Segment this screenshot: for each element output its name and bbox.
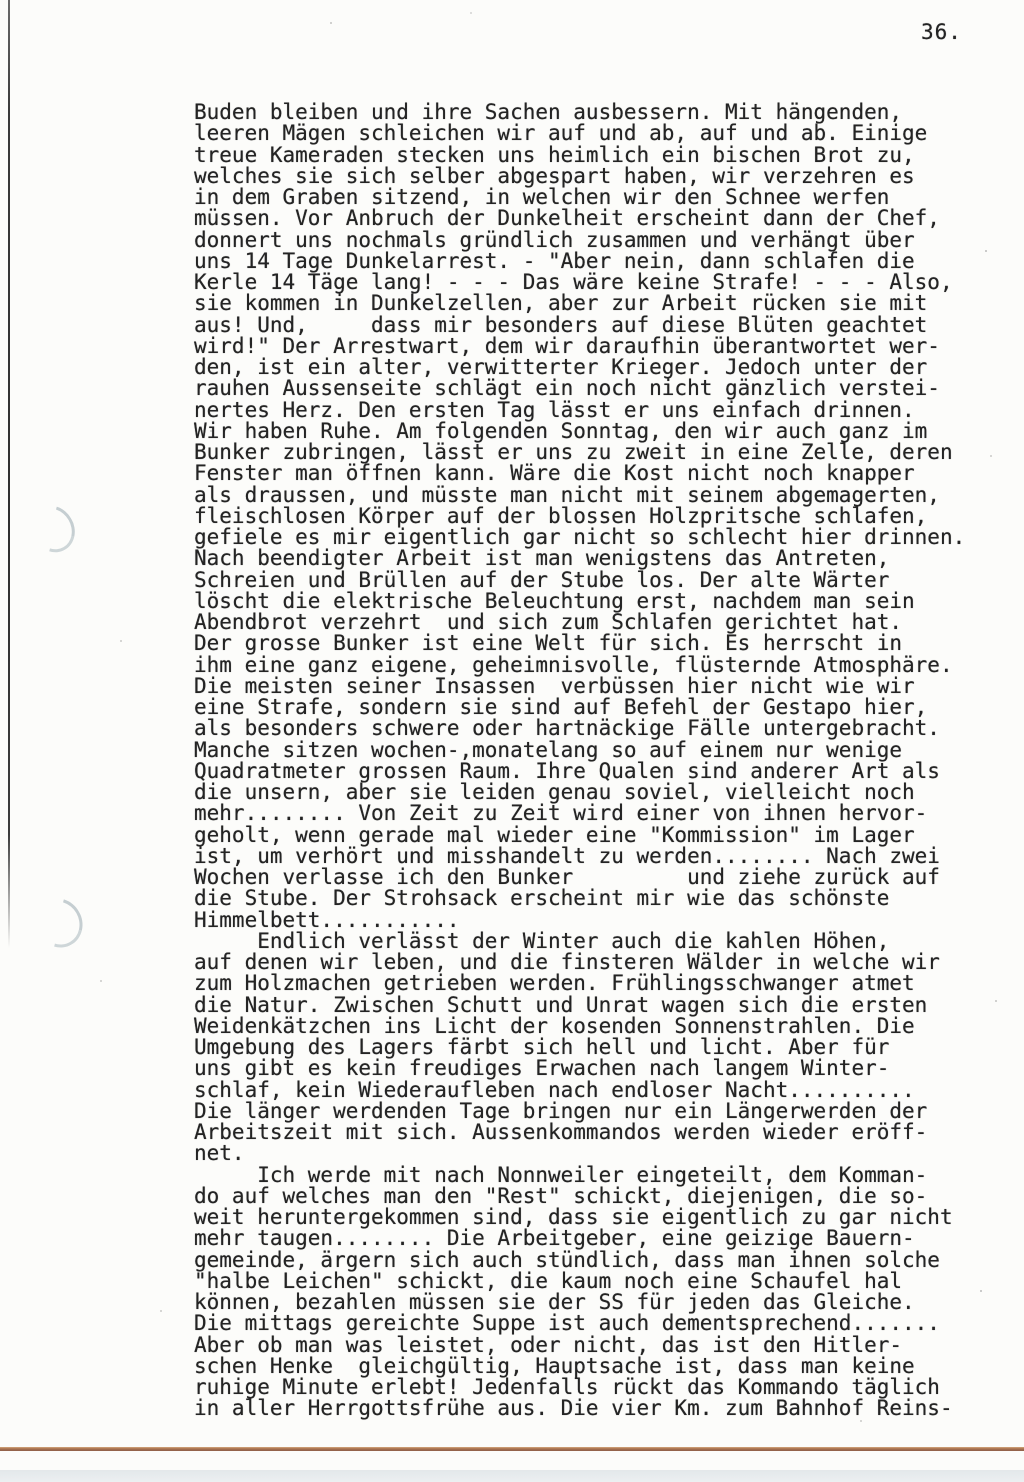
scan-speckles [0, 0, 2, 2]
text-line: "halbe Leichen" schickt, die kaum noch e… [194, 1271, 1004, 1292]
text-line: schen Henke gleichgültig, Hauptsache ist… [194, 1356, 1004, 1377]
text-line: treue Kameraden stecken uns heimlich ein… [194, 145, 1004, 166]
text-line: Buden bleiben und ihre Sachen ausbessern… [194, 102, 1004, 123]
text-line: net. [194, 1143, 1004, 1164]
text-line: die unsern, aber sie leiden genau soviel… [194, 782, 1004, 803]
text-line: mehr taugen........ Die Arbeitgeber, ein… [194, 1228, 1004, 1249]
text-line: zum Holzmachen getrieben werden. Frühlin… [194, 973, 1004, 994]
text-line: als draussen, und müsste man nicht mit s… [194, 485, 1004, 506]
text-line: löscht die elektrische Beleuchtung erst,… [194, 591, 1004, 612]
text-line: gemeinde, ärgern sich auch stündlich, da… [194, 1250, 1004, 1271]
text-line: in dem Graben sitzend, in welchen wir de… [194, 187, 1004, 208]
text-line: Arbeitszeit mit sich. Aussenkommandos we… [194, 1122, 1004, 1143]
text-line: Der grosse Bunker ist eine Welt für sich… [194, 633, 1004, 654]
text-line: Fenster man öffnen kann. Wäre die Kost n… [194, 463, 1004, 484]
text-line: weit heruntergekommen sind, dass sie eig… [194, 1207, 1004, 1228]
text-line: sie kommen in Dunkelzellen, aber zur Arb… [194, 293, 1004, 314]
text-line: uns 14 Tage Dunkelarrest. - "Aber nein, … [194, 251, 1004, 272]
text-line: Kerle 14 Täge lang! - - - Das wäre keine… [194, 272, 1004, 293]
text-line: mehr........ Von Zeit zu Zeit wird einer… [194, 803, 1004, 824]
scan-edge-artifact [8, 0, 10, 948]
text-line: Schreien und Brüllen auf der Stube los. … [194, 570, 1004, 591]
text-line: nertes Herz. Den ersten Tag lässt er uns… [194, 400, 1004, 421]
text-line: die Natur. Zwischen Schutt und Unrat wag… [194, 995, 1004, 1016]
text-line: donnert uns nochmals gründlich zusammen … [194, 230, 1004, 251]
text-line: schlaf, kein Wiederaufleben nach endlose… [194, 1080, 1004, 1101]
text-line: als besonders schwere oder hartnäckige F… [194, 718, 1004, 739]
text-line: Manche sitzen wochen-,monatelang so auf … [194, 740, 1004, 761]
text-line: können, bezahlen müssen sie der SS für j… [194, 1292, 1004, 1313]
text-line: welches sie sich selber abgespart haben,… [194, 166, 1004, 187]
text-line: ihm eine ganz eigene, geheimnisvolle, fl… [194, 655, 1004, 676]
text-line: Die meisten seiner Insassen verbüssen hi… [194, 676, 1004, 697]
punch-hole-bottom [27, 890, 92, 956]
text-line: ist, um verhört und misshandelt zu werde… [194, 846, 1004, 867]
text-line: do auf welches man den "Rest" schickt, d… [194, 1186, 1004, 1207]
text-line: Wochen verlasse ich den Bunker und ziehe… [194, 867, 1004, 888]
text-line: auf denen wir leben, und die finsteren W… [194, 952, 1004, 973]
text-line: aus! Und, dass mir besonders auf diese B… [194, 315, 1004, 336]
text-line: Die mittags gereichte Suppe ist auch dem… [194, 1313, 1004, 1334]
text-line: Ich werde mit nach Nonnweiler eingeteilt… [194, 1165, 1004, 1186]
text-line: ruhige Minute erlebt! Jedenfalls rückt d… [194, 1377, 1004, 1398]
text-line: müssen. Vor Anbruch der Dunkelheit ersch… [194, 208, 1004, 229]
text-line: Die länger werdenden Tage bringen nur ei… [194, 1101, 1004, 1122]
text-line: rauhen Aussenseite schlägt ein noch nich… [194, 378, 1004, 399]
text-line: wird!" Der Arrestwart, dem wir daraufhin… [194, 336, 1004, 357]
bottom-scan-rule [0, 1447, 1024, 1451]
text-line: den, ist ein alter, verwitterter Krieger… [194, 357, 1004, 378]
text-line: Endlich verlässt der Winter auch die kah… [194, 931, 1004, 952]
text-line: geholt, wenn gerade mal wieder eine "Kom… [194, 825, 1004, 846]
text-line: in aller Herrgottsfrühe aus. Die vier Km… [194, 1398, 1004, 1419]
text-line: Wir haben Ruhe. Am folgenden Sonntag, de… [194, 421, 1004, 442]
text-line: fleischlosen Körper auf der blossen Holz… [194, 506, 1004, 527]
text-line: Aber ob man was leistet, oder nicht, das… [194, 1335, 1004, 1356]
text-line: Quadratmeter grossen Raum. Ihre Qualen s… [194, 761, 1004, 782]
punch-hole-top [23, 498, 83, 561]
page-number: 36. [921, 20, 962, 44]
text-line: eine Strafe, sondern sie sind auf Befehl… [194, 697, 1004, 718]
text-line: Umgebung des Lagers färbt sich hell und … [194, 1037, 1004, 1058]
bottom-scan-strip [0, 1470, 1024, 1482]
text-block: Buden bleiben und ihre Sachen ausbessern… [194, 102, 1004, 1420]
text-line: Bunker zubringen, lässt er uns zu zweit … [194, 442, 1004, 463]
text-line: uns gibt es kein freudiges Erwachen nach… [194, 1058, 1004, 1079]
text-line: Abendbrot verzehrt und sich zum Schlafen… [194, 612, 1004, 633]
text-line: Himmelbett........... [194, 910, 1004, 931]
text-line: die Stube. Der Strohsack erscheint mir w… [194, 888, 1004, 909]
text-line: Weidenkätzchen ins Licht der kosenden So… [194, 1016, 1004, 1037]
scanned-page: 36. Buden bleiben und ihre Sachen ausbes… [0, 0, 1024, 1482]
text-line: leeren Mägen schleichen wir auf und ab, … [194, 123, 1004, 144]
text-line: Nach beendigter Arbeit ist man wenigsten… [194, 548, 1004, 569]
text-line: gefiele es mir eigentlich gar nicht so s… [194, 527, 1004, 548]
